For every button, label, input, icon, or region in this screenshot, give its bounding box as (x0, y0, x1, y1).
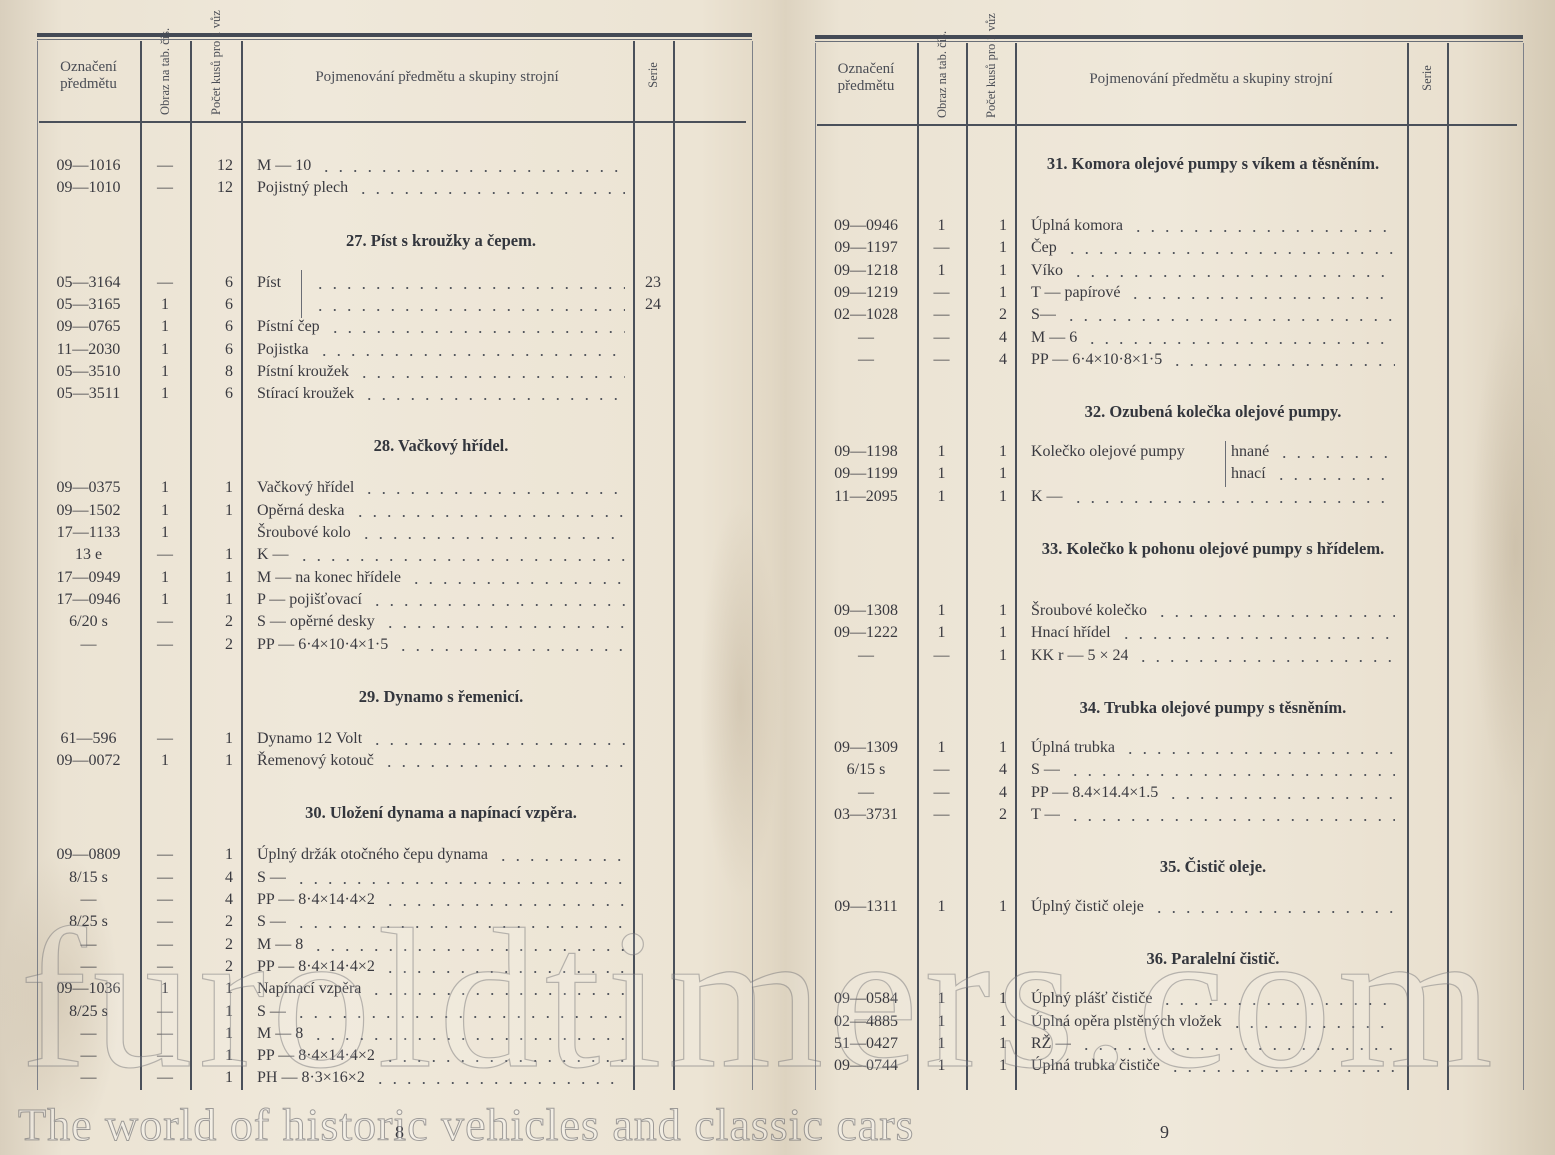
leader-dots (357, 361, 625, 383)
part-code: 6/15 s (819, 759, 913, 781)
image-number: 1 (917, 622, 966, 644)
count-per-vehicle: 12 (190, 177, 233, 199)
image-number: 1 (140, 294, 190, 316)
part-name: S — opěrné desky (257, 611, 375, 633)
part-code: 09—1218 (819, 260, 913, 282)
image-number: 1 (917, 215, 966, 237)
image-number: 1 (140, 361, 190, 383)
image-number: — (917, 645, 966, 667)
leader-dots (319, 155, 625, 177)
part-name: Pojistný plech (257, 177, 348, 199)
part-code: 09—0072 (41, 750, 136, 772)
part-name: Čep (1031, 237, 1057, 259)
image-number: 1 (140, 500, 190, 522)
count-per-vehicle: 1 (966, 441, 1007, 463)
part-name: Píst (257, 272, 281, 294)
count-per-vehicle: 4 (966, 759, 1007, 781)
image-number: — (917, 782, 966, 804)
table-row: 05—31651624 (0, 294, 770, 316)
part-name: Stírací kroužek (257, 383, 354, 405)
image-number: 1 (140, 522, 190, 544)
part-name: Úplná trubka (1031, 737, 1115, 759)
table-row: 09—119811Kolečko olejové pumpyhnané (775, 441, 1555, 463)
leader-dots (382, 750, 625, 772)
count-per-vehicle: 1 (190, 844, 233, 866)
part-name: S — (1031, 759, 1060, 781)
part-name: Úplná komora (1031, 215, 1123, 237)
table-row: 09—094611Úplná komora (775, 215, 1555, 237)
serie-value: 23 (633, 272, 673, 294)
brace-divider (1225, 463, 1226, 487)
count-per-vehicle: 2 (966, 304, 1007, 326)
table-row: 09—007211Řemenový kotouč (0, 750, 770, 772)
part-name: KK r — 5 × 24 (1031, 645, 1128, 667)
table-row: 05—351018Pístní kroužek (0, 361, 770, 383)
leader-dots (362, 383, 625, 405)
count-per-vehicle: 1 (190, 750, 233, 772)
table-row: ——4M — 6 (775, 327, 1555, 349)
count-per-vehicle: 1 (966, 237, 1007, 259)
leader-dots (1065, 237, 1395, 259)
part-code: 09—1199 (819, 463, 913, 485)
part-code: 02—1028 (819, 304, 913, 326)
table-row: 09—150211Opěrná deska (0, 500, 770, 522)
part-code: — (819, 782, 913, 804)
image-number: 1 (917, 737, 966, 759)
image-number: — (917, 349, 966, 371)
part-subname: hnací (1231, 463, 1266, 485)
part-code: — (819, 327, 913, 349)
image-number: — (140, 867, 190, 889)
part-name: Pístní čep (257, 316, 320, 338)
part-code: 11—2030 (41, 339, 136, 361)
leader-dots (1166, 782, 1395, 804)
count-per-vehicle: 1 (190, 500, 233, 522)
leader-dots (313, 272, 625, 294)
serie-value: 24 (633, 294, 673, 316)
part-code: 05—3510 (41, 361, 136, 383)
table-row: 05—351116Stírací kroužek (0, 383, 770, 405)
part-code: 05—3164 (41, 272, 136, 294)
table-row: 02—1028—2S— (775, 304, 1555, 326)
count-per-vehicle: 1 (966, 463, 1007, 485)
section-title: 29. Dynamo s řemenicí. (253, 686, 629, 708)
part-name: Hnací hřídel (1031, 622, 1111, 644)
image-number: — (140, 177, 190, 199)
table-row: 09—130811Šroubové kolečko (775, 600, 1555, 622)
part-name: Šroubové kolo (257, 522, 351, 544)
brace-divider (301, 292, 302, 318)
part-name: PP — 6·4×10·4×1·5 (257, 634, 388, 656)
table-row: ——4PP — 6·4×10·8×1·5 (775, 349, 1555, 371)
leader-dots (1274, 463, 1395, 485)
leader-dots (297, 544, 625, 566)
part-code: — (819, 349, 913, 371)
header-name: Pojmenování předmětu a skupiny strojní (1015, 71, 1407, 88)
section-title: 30. Uložení dynama a napínací vzpěra. (253, 802, 629, 824)
part-code: 11—2095 (819, 486, 913, 508)
image-number: — (917, 282, 966, 304)
count-per-vehicle: 1 (966, 215, 1007, 237)
count-per-vehicle: 1 (190, 728, 233, 750)
watermark-site: furoldtimers.com (20, 900, 1499, 1100)
image-number: — (140, 155, 190, 177)
part-name: Vačkový hřídel (257, 477, 354, 499)
table-row: 17—11331Šroubové kolo (0, 522, 770, 544)
image-number: — (917, 327, 966, 349)
part-code: 09—0765 (41, 316, 136, 338)
header-image: Obraz na tab. čís. (159, 35, 171, 115)
leader-dots (1068, 759, 1395, 781)
header-count: Počet kusů pro 1 vůz (985, 38, 997, 118)
part-name: S— (1031, 304, 1056, 326)
part-name: T — papírové (1031, 282, 1120, 304)
table-row: 09—1010—12Pojistný plech (0, 177, 770, 199)
part-name: Pístní kroužek (257, 361, 349, 383)
leader-dots (1277, 441, 1395, 463)
part-name: PP — 6·4×10·8×1·5 (1031, 349, 1162, 371)
count-per-vehicle: 4 (966, 782, 1007, 804)
table-row: 61—596—1Dynamo 12 Volt (0, 728, 770, 750)
leader-dots (383, 611, 625, 633)
part-name: Víko (1031, 260, 1063, 282)
part-code: 17—0949 (41, 567, 136, 589)
count-per-vehicle: 4 (966, 349, 1007, 371)
section-title: 34. Trubka olejové pumpy s těsněním. (1027, 697, 1399, 719)
leader-dots (396, 634, 625, 656)
count-per-vehicle: 1 (966, 600, 1007, 622)
part-name: Kolečko olejové pumpy (1031, 441, 1185, 463)
leader-dots (313, 294, 625, 316)
part-code: 09—0809 (41, 844, 136, 866)
section-title: 27. Píst s kroužky a čepem. (253, 230, 629, 252)
table-row: 09—037511Vačkový hřídel (0, 477, 770, 499)
brace-divider (1225, 441, 1226, 465)
table-row: 09—076516Pístní čep (0, 316, 770, 338)
watermark-tagline: The world of historic vehicles and class… (18, 1098, 914, 1151)
count-per-vehicle: 1 (966, 622, 1007, 644)
part-name: Úplný držák otočného čepu dynama (257, 844, 488, 866)
image-number: — (140, 544, 190, 566)
part-name: P — pojišťovací (257, 589, 362, 611)
table-row: ——1KK r — 5 × 24 (775, 645, 1555, 667)
part-code: 05—3511 (41, 383, 136, 405)
part-code: 09—1309 (819, 737, 913, 759)
part-name: M — na konec hřídele (257, 567, 401, 589)
leader-dots (353, 500, 625, 522)
part-name: Pojistka (257, 339, 309, 361)
leader-dots (328, 316, 625, 338)
top-rule-thin (37, 39, 752, 40)
leader-dots (370, 589, 625, 611)
image-number: 1 (140, 589, 190, 611)
part-name: PP — 8.4×14.4×1.5 (1031, 782, 1158, 804)
image-number: — (140, 611, 190, 633)
part-name: Opěrná deska (257, 500, 345, 522)
image-number: — (917, 237, 966, 259)
leader-dots (496, 844, 625, 866)
image-number: — (140, 272, 190, 294)
part-code: — (819, 645, 913, 667)
header-rule (817, 124, 1517, 126)
image-number: 1 (140, 567, 190, 589)
count-per-vehicle: 1 (190, 477, 233, 499)
header-code: Označení předmětu (37, 59, 140, 93)
table-row: 09—130911Úplná trubka (775, 737, 1555, 759)
image-number: 1 (917, 486, 966, 508)
table-row: 11—209511K — (775, 486, 1555, 508)
image-number: 1 (140, 750, 190, 772)
table-row: 6/20 s—2S — opěrné desky (0, 611, 770, 633)
table-row: 09—0809—1Úplný držák otočného čepu dynam… (0, 844, 770, 866)
table-row: 6/15 s—4S — (775, 759, 1555, 781)
image-number: 1 (917, 441, 966, 463)
count-per-vehicle: 1 (190, 544, 233, 566)
header-serie: Serie (647, 35, 659, 115)
table-row: 09—1219—1T — papírové (775, 282, 1555, 304)
leader-dots (370, 728, 625, 750)
top-rule-thin (815, 41, 1523, 42)
count-per-vehicle: 1 (966, 486, 1007, 508)
count-per-vehicle: 1 (966, 737, 1007, 759)
part-code: 13 e (41, 544, 136, 566)
part-code: 09—1010 (41, 177, 136, 199)
page-number: 9 (1160, 1122, 1169, 1143)
leader-dots (409, 567, 625, 589)
image-number: 1 (140, 339, 190, 361)
leader-dots (1123, 737, 1395, 759)
part-code: 17—1133 (41, 522, 136, 544)
part-subname: hnané (1231, 441, 1269, 463)
part-code: 03—3731 (819, 804, 913, 826)
leader-dots (294, 867, 625, 889)
count-per-vehicle: 6 (190, 316, 233, 338)
count-per-vehicle: 2 (966, 804, 1007, 826)
table-row: ——4PP — 8.4×14.4×1.5 (775, 782, 1555, 804)
section-title: 28. Vačkový hřídel. (253, 435, 629, 457)
table-row: 8/15 s—4S — (0, 867, 770, 889)
leader-dots (362, 477, 625, 499)
section-title: 31. Komora olejové pumpy s víkem a těsně… (1027, 153, 1399, 175)
image-number: 1 (917, 260, 966, 282)
part-code: 09—1197 (819, 237, 913, 259)
count-per-vehicle: 1 (190, 567, 233, 589)
count-per-vehicle: 6 (190, 383, 233, 405)
image-number: — (140, 728, 190, 750)
leader-dots (1064, 304, 1395, 326)
leader-dots (1131, 215, 1395, 237)
part-code: 17—0946 (41, 589, 136, 611)
part-code: 09—1016 (41, 155, 136, 177)
count-per-vehicle: 6 (190, 294, 233, 316)
part-code: 09—1502 (41, 500, 136, 522)
part-name: Šroubové kolečko (1031, 600, 1147, 622)
section-title: 32. Ozubená kolečka olejové pumpy. (1027, 401, 1399, 423)
count-per-vehicle: 6 (190, 339, 233, 361)
table-row: ——2PP — 6·4×10·4×1·5 (0, 634, 770, 656)
section-title: 35. Čistič oleje. (1027, 856, 1399, 878)
count-per-vehicle: 6 (190, 272, 233, 294)
top-rule (37, 33, 752, 37)
part-code: — (41, 634, 136, 656)
table-row: 17—094611P — pojišťovací (0, 589, 770, 611)
part-name: T — (1031, 804, 1060, 826)
image-number: 1 (917, 463, 966, 485)
count-per-vehicle: 1 (966, 282, 1007, 304)
part-name: S — (257, 867, 286, 889)
count-per-vehicle: 4 (966, 327, 1007, 349)
table-row: 11—203016Pojistka (0, 339, 770, 361)
leader-dots (317, 339, 625, 361)
part-code: 8/15 s (41, 867, 136, 889)
header-name: Pojmenování předmětu a skupiny strojní (241, 69, 633, 86)
table-row: 17—094911M — na konec hřídele (0, 567, 770, 589)
leader-dots (359, 522, 625, 544)
part-name: M — 10 (257, 155, 311, 177)
part-code: 61—596 (41, 728, 136, 750)
part-code: 09—1219 (819, 282, 913, 304)
image-number: 1 (140, 477, 190, 499)
part-code: 09—0946 (819, 215, 913, 237)
header-count: Počet kusů pro 1 vůz (210, 35, 222, 115)
header-code: Označení předmětu (815, 61, 917, 95)
part-code: 05—3165 (41, 294, 136, 316)
leader-dots (356, 177, 625, 199)
count-per-vehicle: 1 (966, 645, 1007, 667)
image-number: — (140, 634, 190, 656)
table-row: 09—1016—12M — 10 (0, 155, 770, 177)
count-per-vehicle: 1 (966, 260, 1007, 282)
count-per-vehicle: 2 (190, 634, 233, 656)
leader-dots (1068, 804, 1395, 826)
image-number: 1 (140, 383, 190, 405)
table-row: 05—3164—6Píst23 (0, 272, 770, 294)
count-per-vehicle: 8 (190, 361, 233, 383)
part-code: 09—1222 (819, 622, 913, 644)
part-code: 6/20 s (41, 611, 136, 633)
part-code: 09—1198 (819, 441, 913, 463)
table-row: 09—121811Víko (775, 260, 1555, 282)
top-rule (815, 35, 1523, 39)
part-name: Řemenový kotouč (257, 750, 374, 772)
column-divider (1523, 43, 1524, 1090)
image-number: — (917, 804, 966, 826)
image-number: — (917, 304, 966, 326)
part-name: M — 6 (1031, 327, 1077, 349)
leader-dots (1136, 645, 1395, 667)
image-number: — (140, 844, 190, 866)
part-name: K — (1031, 486, 1063, 508)
part-name: Dynamo 12 Volt (257, 728, 362, 750)
table-row: 13 e—1K — (0, 544, 770, 566)
table-row: 09—119911hnací (775, 463, 1555, 485)
leader-dots (1155, 600, 1395, 622)
count-per-vehicle: 1 (190, 589, 233, 611)
header-rule (39, 121, 746, 123)
image-number: — (917, 759, 966, 781)
image-number: 1 (140, 316, 190, 338)
count-per-vehicle: 12 (190, 155, 233, 177)
leader-dots (1085, 327, 1395, 349)
image-number: 1 (917, 600, 966, 622)
part-code: 09—0375 (41, 477, 136, 499)
leader-dots (1071, 260, 1395, 282)
leader-dots (1119, 622, 1395, 644)
part-name: K — (257, 544, 289, 566)
leader-dots (1128, 282, 1395, 304)
count-per-vehicle: 2 (190, 611, 233, 633)
table-row: 03—3731—2T — (775, 804, 1555, 826)
section-title: 33. Kolečko k pohonu olejové pumpy s hří… (1027, 538, 1399, 560)
leader-dots (1071, 486, 1395, 508)
header-image: Obraz na tab. čís. (936, 38, 948, 118)
part-code: 09—1308 (819, 600, 913, 622)
leader-dots (1170, 349, 1395, 371)
count-per-vehicle: 4 (190, 867, 233, 889)
table-row: 09—122211Hnací hřídel (775, 622, 1555, 644)
table-row: 09—1197—1Čep (775, 237, 1555, 259)
header-serie: Serie (1421, 38, 1433, 118)
